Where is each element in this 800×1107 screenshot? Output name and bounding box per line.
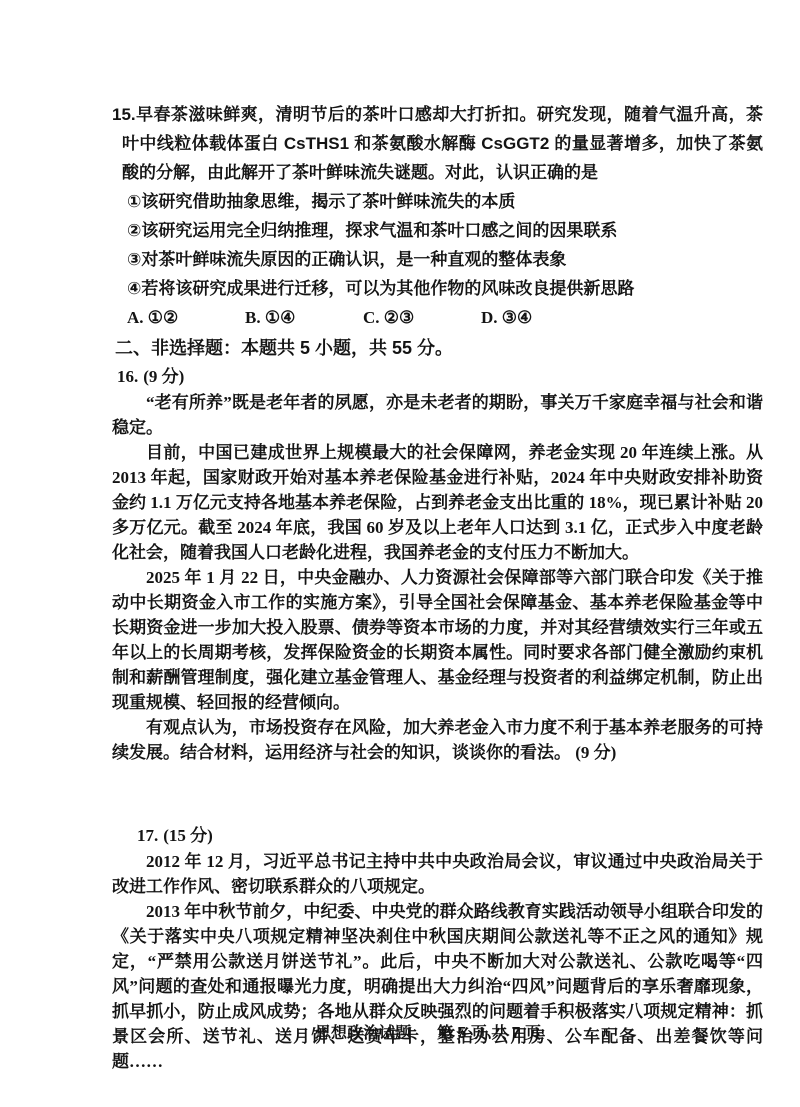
page-footer: 思想政治试题第 5 页 共 7 页	[0, 1020, 800, 1043]
question-15-stem: 15.早春茶滋味鲜爽，清明节后的茶叶口感却大打折扣。研究发现，随着气温升高，茶叶…	[112, 100, 763, 187]
choice-a: A. ①②	[127, 303, 245, 332]
choice-c: C. ②③	[363, 303, 481, 332]
option-3: ③对茶叶鲜味流失原因的正确认识，是一种直观的整体表象	[127, 245, 763, 274]
footer-doc-title: 思想政治试题	[315, 1025, 411, 1042]
question-15-number: 15.	[112, 105, 136, 124]
q16-paragraph-4: 有观点认为，市场投资存在风险，加大养老金入市力度不利于基本养老服务的可持续发展。…	[112, 715, 763, 765]
question-16: 16.(9 分) “老有所养”既是老年者的夙愿，亦是未老者的期盼，事关万千家庭幸…	[112, 364, 763, 765]
q16-paragraph-2: 目前，中国已建成世界上规模最大的社会保障网，养老金实现 20 年连续上涨。从 2…	[112, 440, 763, 565]
question-17-heading: 17.(15 分)	[137, 823, 763, 849]
question-17-number: 17.	[137, 826, 158, 845]
exam-page: 15.早春茶滋味鲜爽，清明节后的茶叶口感却大打折扣。研究发现，随着气温升高，茶叶…	[0, 0, 800, 1107]
choice-d: D. ③④	[481, 303, 532, 332]
choice-b: B. ①④	[245, 303, 363, 332]
question-17-score: (15 分)	[163, 826, 213, 845]
section-2-heading: 二、非选择题：本题共 5 小题，共 55 分。	[115, 335, 763, 362]
question-15-options: ①该研究借助抽象思维，揭示了茶叶鲜味流失的本质 ②该研究运用完全归纳推理，探求气…	[112, 187, 763, 303]
q16-paragraph-1: “老有所养”既是老年者的夙愿，亦是未老者的期盼，事关万千家庭幸福与社会和谐稳定。	[112, 390, 763, 440]
option-2: ②该研究运用完全归纳推理，探求气温和茶叶口感之间的因果联系	[127, 216, 763, 245]
question-16-score: (9 分)	[143, 367, 184, 386]
option-4: ④若将该研究成果进行迁移，可以为其他作物的风味改良提供新思路	[127, 274, 763, 303]
q17-paragraph-1: 2012 年 12 月，习近平总书记主持中共中央政治局会议，审议通过中央政治局关…	[112, 849, 763, 899]
question-16-number: 16.	[117, 367, 138, 386]
answer-space-16	[112, 765, 763, 823]
question-15: 15.早春茶滋味鲜爽，清明节后的茶叶口感却大打折扣。研究发现，随着气温升高，茶叶…	[112, 100, 763, 332]
question-15-stem-text: 早春茶滋味鲜爽，清明节后的茶叶口感却大打折扣。研究发现，随着气温升高，茶叶中线粒…	[122, 105, 763, 182]
question-15-choices: A. ①② B. ①④ C. ②③ D. ③④	[112, 303, 763, 332]
question-16-heading: 16.(9 分)	[117, 364, 763, 390]
question-16-material: “老有所养”既是老年者的夙愿，亦是未老者的期盼，事关万千家庭幸福与社会和谐稳定。…	[112, 390, 763, 765]
q16-paragraph-3: 2025 年 1 月 22 日，中央金融办、人力资源社会保障部等六部门联合印发《…	[112, 565, 763, 715]
option-1: ①该研究借助抽象思维，揭示了茶叶鲜味流失的本质	[127, 187, 763, 216]
footer-page-info: 第 5 页 共 7 页	[437, 1025, 541, 1042]
q17-paragraph-2: 2013 年中秋节前夕，中纪委、中央党的群众路线教育实践活动领导小组联合印发的《…	[112, 899, 763, 1074]
